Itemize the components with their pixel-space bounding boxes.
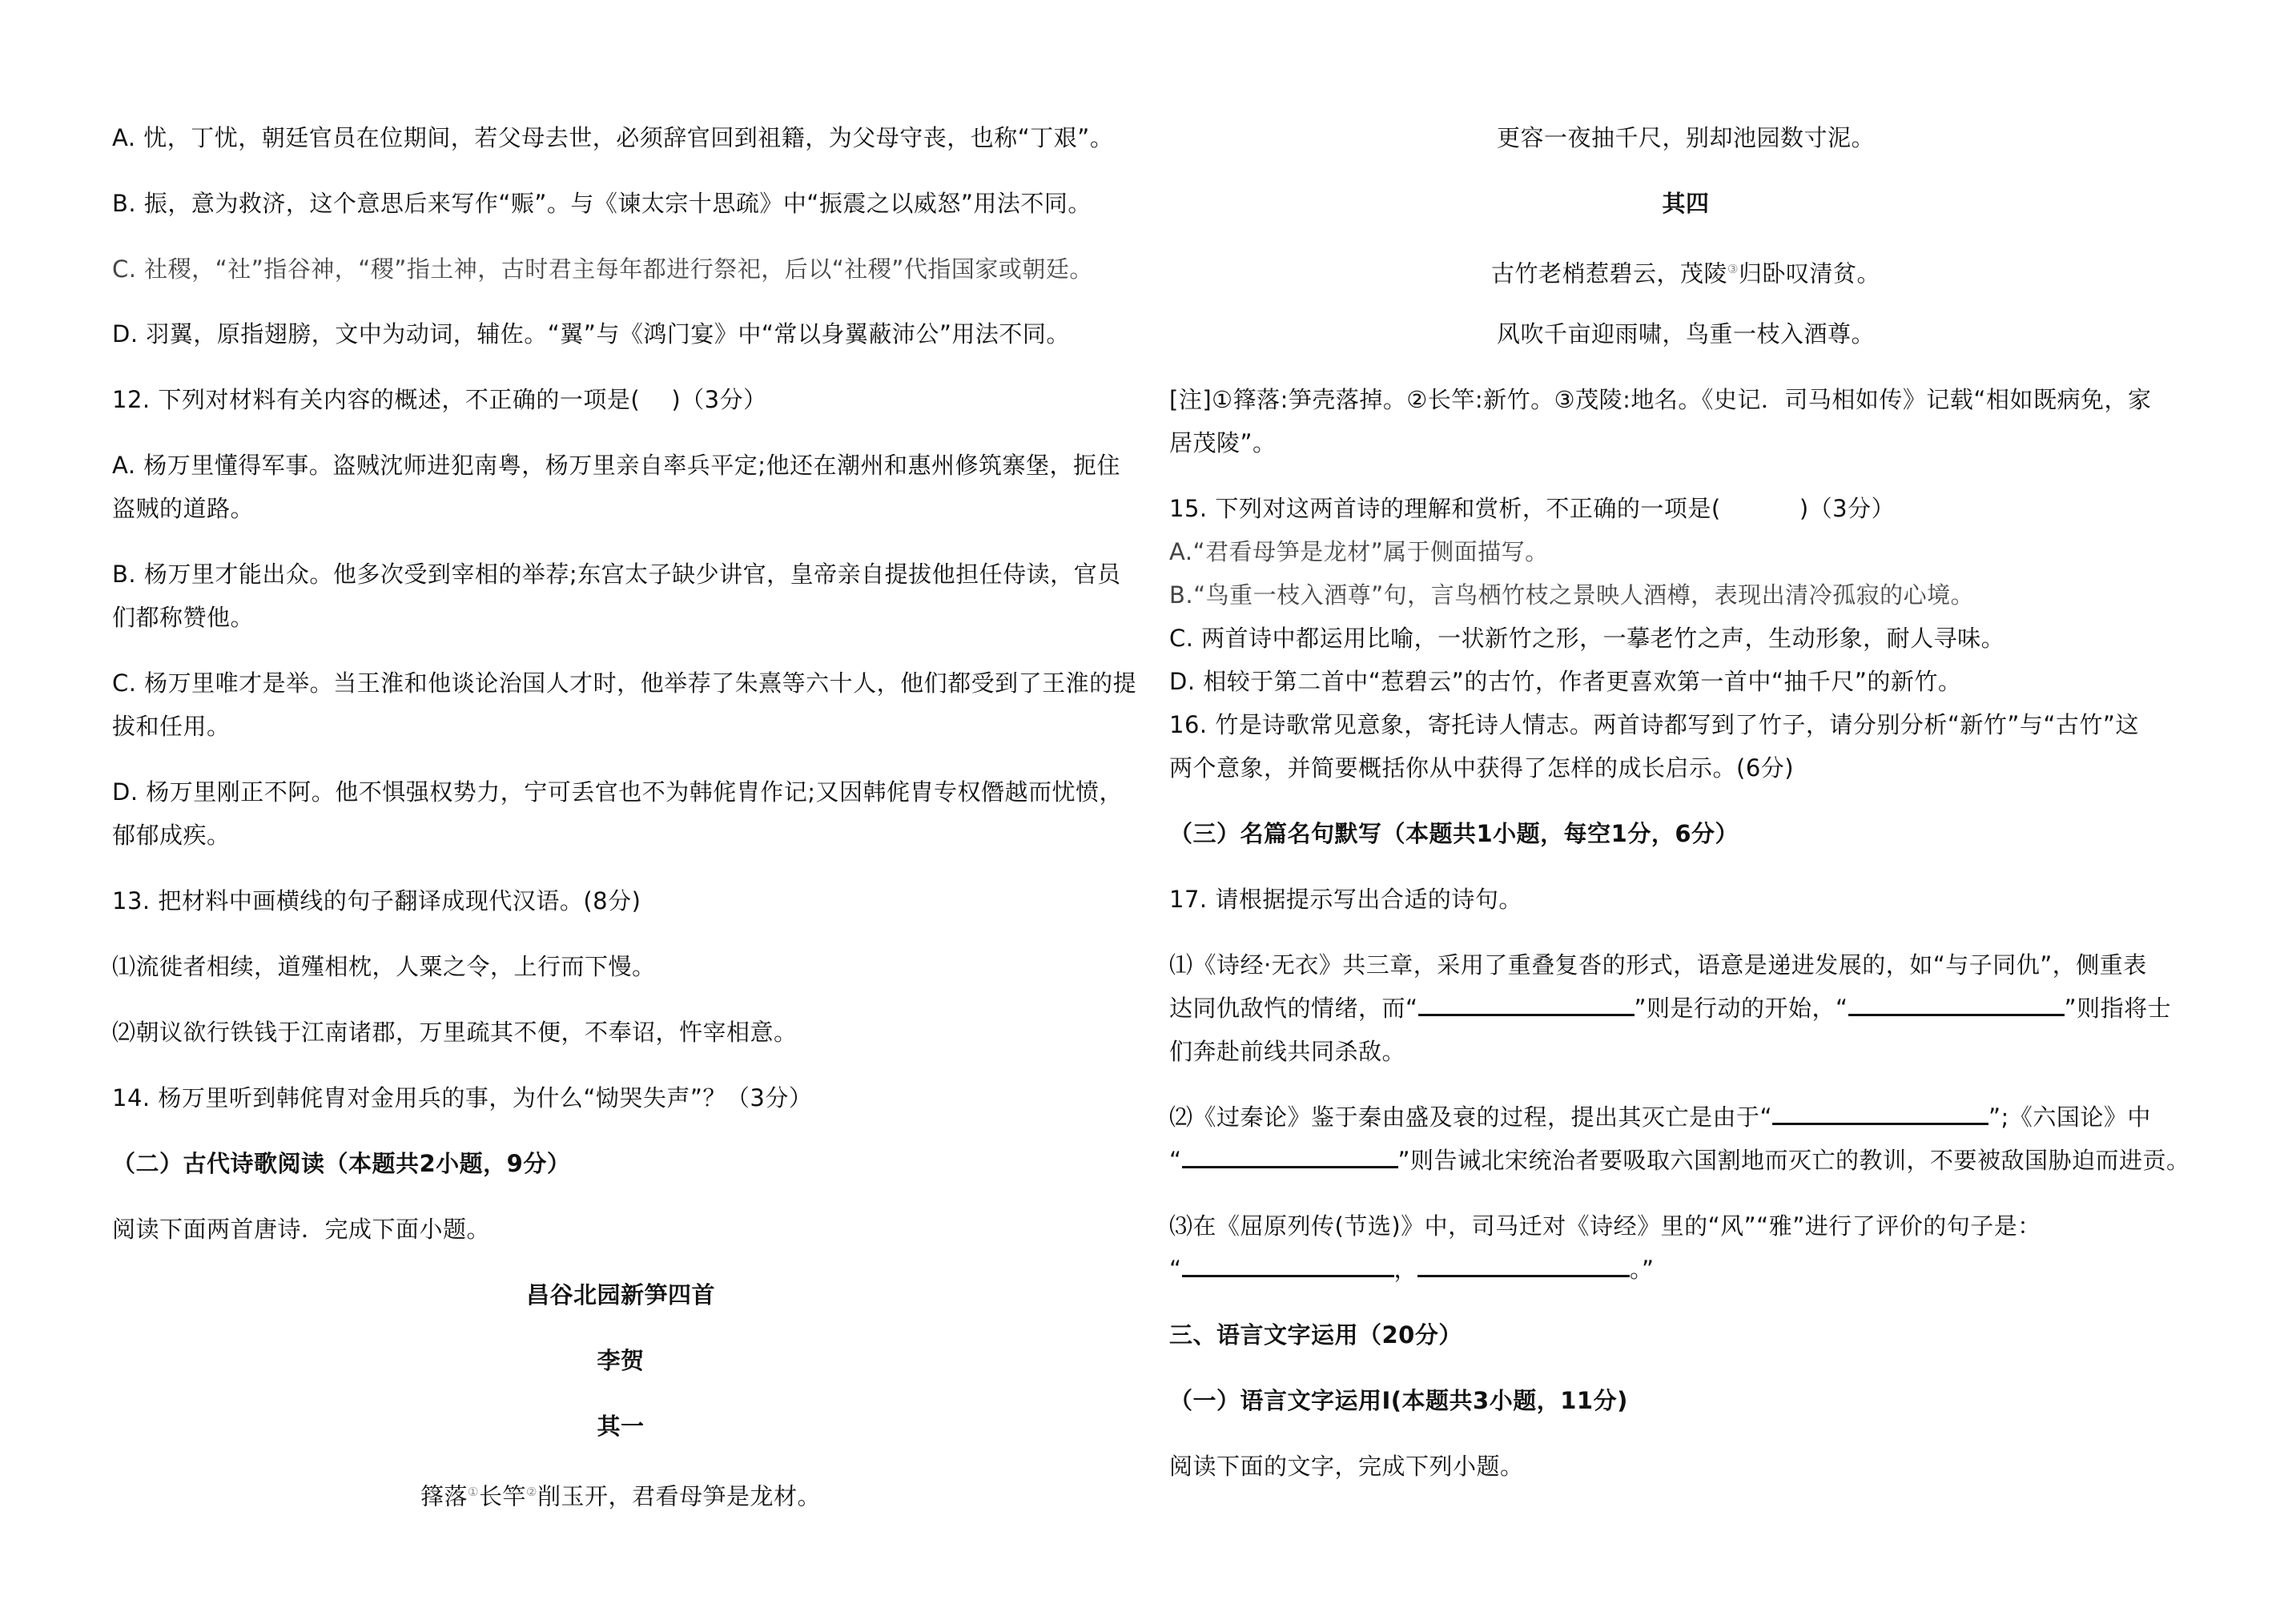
- q12-option-d-line1: D. 杨万里刚正不阿。他不惧强权势力，宁可丢官也不为韩侂胄作记;又因韩侂胄专权僭…: [112, 770, 1129, 814]
- poem-text: 长竿: [479, 1483, 526, 1510]
- poem-part1-line2: 更容一夜抽千尺，别却池园数寸泥。: [1169, 116, 2202, 159]
- text: ”则指将士: [2065, 995, 2172, 1022]
- poem-author: 李贺: [112, 1339, 1129, 1382]
- poem-part1-label: 其一: [112, 1405, 1129, 1448]
- q17-item1-line3: 们奔赴前线共同杀敌。: [1169, 1030, 2202, 1073]
- answer-blank-2[interactable]: [1848, 990, 2065, 1016]
- text: “: [1169, 1256, 1182, 1283]
- poem-text: 古竹老梢惹碧云，茂陵: [1491, 260, 1727, 287]
- text: “: [1169, 1147, 1182, 1174]
- q11-option-c: C. 社稷，“社”指谷神，“稷”指土神，古时君主每年都进行祭祀，后以“社稷”代指…: [112, 247, 1129, 291]
- q12-option-b-line1: B. 杨万里才能出众。他多次受到宰相的举荐;东宫太子缺少讲官，皇帝亲自提拔他担任…: [112, 553, 1129, 596]
- part-3-title: 三、语言文字运用（20分）: [1169, 1313, 2202, 1357]
- q12-stem: 12. 下列对材料有关内容的概述，不正确的一项是( )（3分）: [112, 378, 1129, 421]
- q12-option-c-line2: 拔和任用。: [112, 705, 1129, 748]
- q13-item-1: ⑴流徙者相续，道殣相枕，人粟之令，上行而下慢。: [112, 945, 1129, 988]
- q17-item3-line1: ⑶在《屈原列传(节选)》中，司马迁对《诗经》里的“风”“雅”进行了评价的句子是：: [1169, 1204, 2202, 1248]
- q15-option-d: D. 相较于第二首中“惹碧云”的古竹，作者更喜欢第一首中“抽千尺”的新竹。: [1169, 660, 2202, 703]
- q17-item2-line1: ⑵《过秦论》鉴于秦由盛及衰的过程，提出其灭亡是由于“”;《六国论》中: [1169, 1095, 2202, 1139]
- poem-title: 昌谷北园新笋四首: [112, 1273, 1129, 1317]
- q15-option-c: C. 两首诗中都运用比喻，一状新竹之形，一摹老竹之声，生动形象，耐人寻味。: [1169, 617, 2202, 660]
- poem-part4-line2: 风吹千亩迎雨啸，鸟重一枝入酒尊。: [1169, 312, 2202, 356]
- text: ”则是行动的开始，“: [1635, 995, 1848, 1022]
- poem-notes-line1: [注]①箨落:笋壳落掉。②长竿:新竹。③茂陵:地名。《史记．司马相如传》记载“相…: [1169, 378, 2202, 421]
- answer-blank-4[interactable]: [1182, 1142, 1398, 1168]
- q16-line2: 两个意象，并简要概括你从中获得了怎样的成长启示。(6分): [1169, 746, 2202, 790]
- q12-option-d-line2: 郁郁成疾。: [112, 814, 1129, 857]
- poem-part4-line1: 古竹老梢惹碧云，茂陵③归卧叹清贫。: [1169, 247, 2202, 295]
- section-2-intro: 阅读下面两首唐诗．完成下面小题。: [112, 1208, 1129, 1251]
- section-2-title: （二）古代诗歌阅读（本题共2小题，9分）: [112, 1142, 1129, 1185]
- q11-option-b: B. 振，意为救济，这个意思后来写作“赈”。与《谏太宗十思疏》中“振震之以威怒”…: [112, 182, 1129, 225]
- poem-text: 归卧叹清贫。: [1739, 260, 1880, 287]
- q17-item3-line2: “，。”: [1169, 1248, 2202, 1291]
- poem-part4-label: 其四: [1169, 182, 2202, 225]
- poem-text: 箨落: [420, 1483, 468, 1510]
- footnote-marker-1: ①: [468, 1485, 479, 1499]
- q14-stem: 14. 杨万里听到韩侂胄对金用兵的事，为什么“恸哭失声”？（3分）: [112, 1076, 1129, 1120]
- footnote-marker-2: ②: [526, 1485, 537, 1499]
- answer-blank-5[interactable]: [1182, 1251, 1394, 1277]
- poem-part1-line1: 箨落①长竿②削玉开，君看母笋是龙材。: [112, 1470, 1129, 1518]
- q17-item1-line2: 达同仇敌忾的情绪，而“”则是行动的开始，“”则指将士: [1169, 987, 2202, 1030]
- q13-item-2: ⑵朝议欲行铁钱于江南诸郡，万里疏其不便，不奉诏，忤宰相意。: [112, 1011, 1129, 1054]
- q15-option-b: B.“鸟重一枝入酒尊”句，言鸟栖竹枝之景映人酒樽，表现出清冷孤寂的心境。: [1169, 573, 2202, 617]
- q17-item2-line2: “”则告诫北宋统治者要吸取六国割地而灭亡的教训，不要被敌国胁迫而进贡。: [1169, 1139, 2202, 1182]
- q15-stem: 15. 下列对这两首诗的理解和赏析，不正确的一项是( )（3分）: [1169, 487, 2202, 530]
- answer-blank-1[interactable]: [1418, 990, 1635, 1016]
- q17-stem: 17. 请根据提示写出合适的诗句。: [1169, 878, 2202, 921]
- q12-option-b-line2: 们都称赞他。: [112, 596, 1129, 639]
- q12-option-c-line1: C. 杨万里唯才是举。当王淮和他谈论治国人才时，他举荐了朱熹等六十人，他们都受到…: [112, 661, 1129, 705]
- text: ”则告诫北宋统治者要吸取六国割地而灭亡的教训，不要被敌国胁迫而进贡。: [1398, 1147, 2190, 1174]
- footnote-marker-3: ③: [1727, 262, 1739, 276]
- q13-stem: 13. 把材料中画横线的句子翻译成现代汉语。(8分): [112, 879, 1129, 923]
- q15-option-a: A.“君看母笋是龙材”属于侧面描写。: [1169, 530, 2202, 573]
- q11-option-a: A. 忧，丁忧，朝廷官员在位期间，若父母去世，必须辞官回到祖籍，为父母守丧，也称…: [112, 116, 1129, 159]
- exam-page: A. 忧，丁忧，朝廷官员在位期间，若父母去世，必须辞官回到祖籍，为父母守丧，也称…: [0, 0, 2296, 1620]
- text: ”;《六国论》中: [1988, 1103, 2151, 1131]
- text: ⑵《过秦论》鉴于秦由盛及衰的过程，提出其灭亡是由于“: [1169, 1103, 1772, 1131]
- q17-item1-line1: ⑴《诗经·无衣》共三章，采用了重叠复沓的形式，语意是递进发展的，如“与子同仇”，…: [1169, 943, 2202, 987]
- poem-text: 削玉开，君看母笋是龙材。: [537, 1483, 821, 1510]
- answer-blank-3[interactable]: [1772, 1099, 1988, 1125]
- part-3-subsection-title: （一）语言文字运用Ⅰ(本题共3小题，11分): [1169, 1379, 2202, 1422]
- part-3-intro: 阅读下面的文字，完成下列小题。: [1169, 1445, 2202, 1488]
- section-3-title: （三）名篇名句默写（本题共1小题，每空1分，6分）: [1169, 812, 2202, 855]
- poem-notes-line2: 居茂陵”。: [1169, 421, 2202, 464]
- text: ，: [1394, 1256, 1418, 1283]
- q11-option-d: D. 羽翼，原指翅膀，文中为动词，辅佐。“翼”与《鸿门宴》中“常以身翼蔽沛公”用…: [112, 312, 1129, 356]
- q12-option-a-line1: A. 杨万里懂得军事。盗贼沈师进犯南粤，杨万里亲自率兵平定;他还在潮州和惠州修筑…: [112, 444, 1129, 487]
- answer-blank-6[interactable]: [1417, 1251, 1630, 1277]
- q16-line1: 16. 竹是诗歌常见意象，寄托诗人情志。两首诗都写到了竹子，请分别分析“新竹”与…: [1169, 703, 2202, 746]
- q12-option-a-line2: 盗贼的道路。: [112, 487, 1129, 530]
- text: 。”: [1630, 1256, 1655, 1283]
- text: 达同仇敌忾的情绪，而“: [1169, 995, 1418, 1022]
